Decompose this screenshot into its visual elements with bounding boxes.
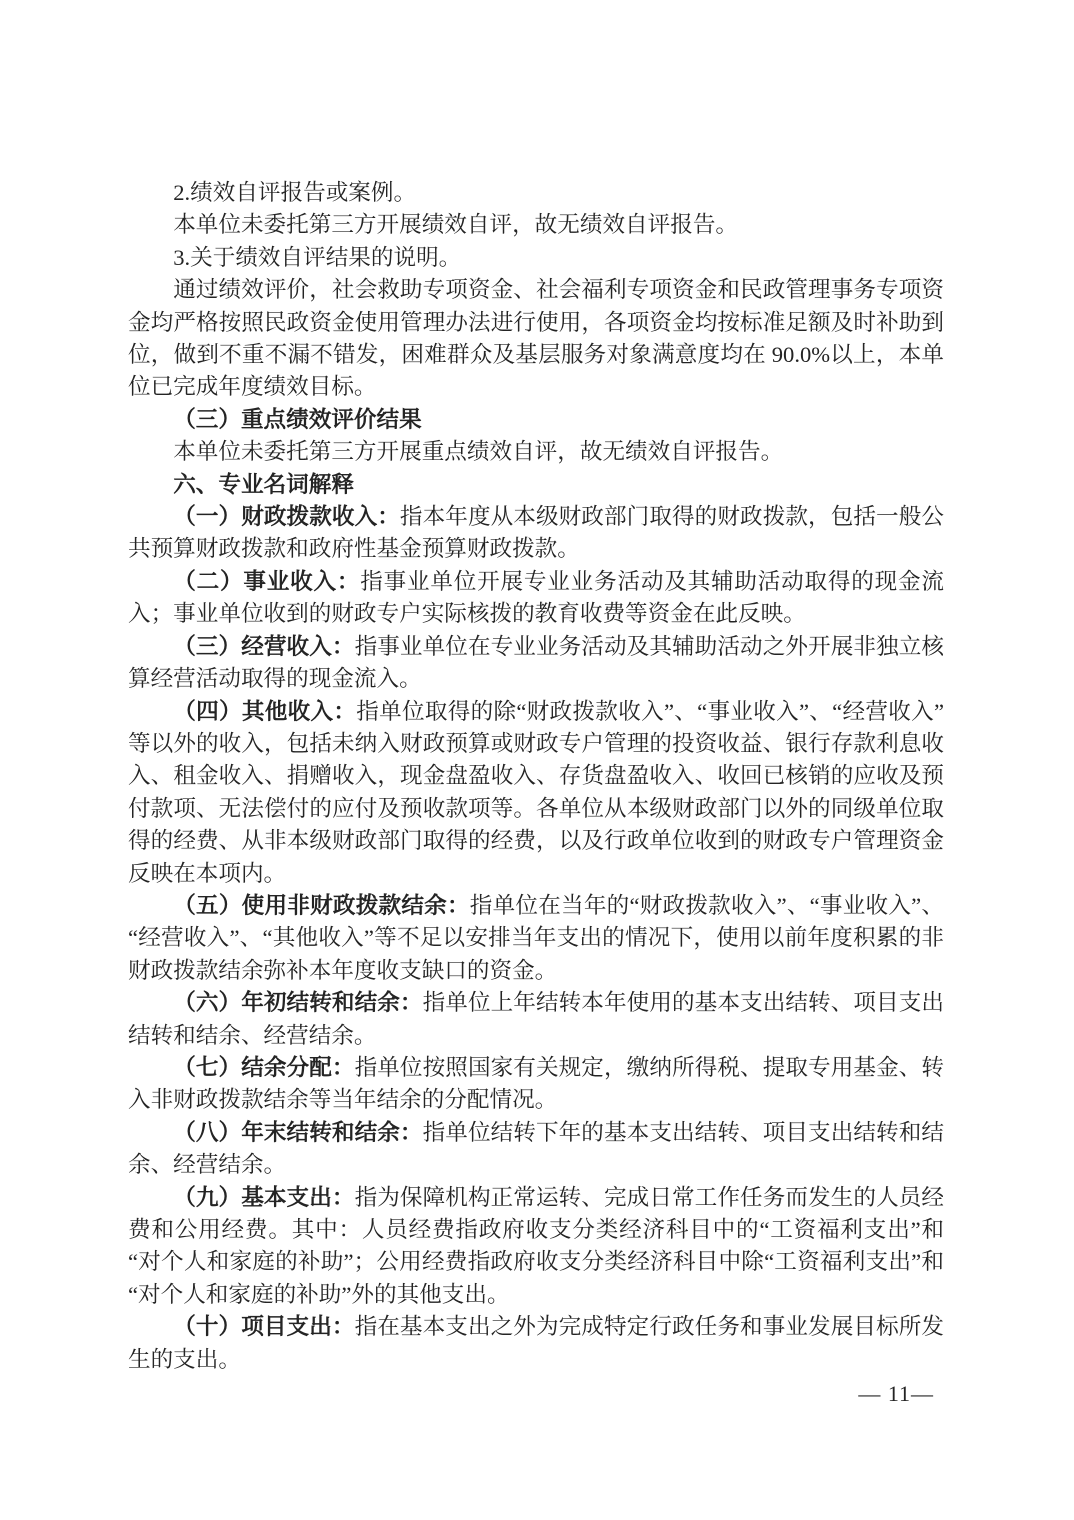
paragraph: （七）结余分配：指单位按照国家有关规定，缴纳所得税、提取专用基金、转入非财政拨款… (128, 1052, 944, 1117)
paragraph-text: 指单位取得的除“财政拨款收入”、“事业收入”、“经营收入”等以外的收入，包括未纳… (128, 699, 944, 886)
paragraph-text: 本单位未委托第三方开展绩效自评，故无绩效自评报告。 (173, 212, 738, 237)
paragraph: （四）其他收入：指单位取得的除“财政拨款收入”、“事业收入”、“经营收入”等以外… (128, 696, 944, 890)
term-label: （九）基本支出： (173, 1185, 354, 1210)
paragraph: （八）年末结转和结余：指单位结转下年的基本支出结转、项目支出结转和结余、经营结余… (128, 1117, 944, 1182)
paragraph-text: （三）重点绩效评价结果 (173, 407, 422, 432)
paragraph: 本单位未委托第三方开展重点绩效自评，故无绩效自评报告。 (128, 436, 944, 468)
paragraph: 本单位未委托第三方开展绩效自评，故无绩效自评报告。 (128, 209, 944, 241)
paragraph-text: 通过绩效评价，社会救助专项资金、社会福利专项资金和民政管理事务专项资金均严格按照… (128, 277, 944, 399)
term-label: （七）结余分配： (173, 1055, 354, 1080)
paragraph: （九）基本支出：指为保障机构正常运转、完成日常工作任务而发生的人员经费和公用经费… (128, 1182, 944, 1312)
term-label: （六）年初结转和结余： (173, 990, 422, 1015)
paragraph-text: 本单位未委托第三方开展重点绩效自评，故无绩效自评报告。 (173, 439, 783, 464)
document-content: 2.绩效自评报告或案例。 本单位未委托第三方开展绩效自评，故无绩效自评报告。 3… (128, 177, 944, 1376)
paragraph: 通过绩效评价，社会救助专项资金、社会福利专项资金和民政管理事务专项资金均严格按照… (128, 274, 944, 404)
paragraph-text: 六、专业名词解释 (173, 472, 354, 497)
paragraph: （二）事业收入：指事业单位开展专业业务活动及其辅助活动取得的现金流入；事业单位收… (128, 566, 944, 631)
term-label: （八）年末结转和结余： (173, 1120, 422, 1145)
page-number: — 11— (858, 1381, 934, 1407)
section-heading: 六、专业名词解释 (128, 469, 944, 501)
paragraph: （三）经营收入：指事业单位在专业业务活动及其辅助活动之外开展非独立核算经营活动取… (128, 631, 944, 696)
term-label: （五）使用非财政拨款结余： (173, 893, 470, 918)
paragraph: 3.关于绩效自评结果的说明。 (128, 242, 944, 274)
section-subheading: （三）重点绩效评价结果 (128, 404, 944, 436)
term-label: （四）其他收入： (173, 699, 356, 724)
term-label: （一）财政拨款收入： (173, 504, 400, 529)
document-page: 2.绩效自评报告或案例。 本单位未委托第三方开展绩效自评，故无绩效自评报告。 3… (0, 0, 1074, 1520)
paragraph: 2.绩效自评报告或案例。 (128, 177, 944, 209)
term-label: （十）项目支出： (173, 1314, 354, 1339)
paragraph: （十）项目支出：指在基本支出之外为完成特定行政任务和事业发展目标所发生的支出。 (128, 1311, 944, 1376)
term-label: （二）事业收入： (173, 569, 360, 594)
paragraph: （六）年初结转和结余：指单位上年结转本年使用的基本支出结转、项目支出结转和结余、… (128, 987, 944, 1052)
paragraph: （一）财政拨款收入：指本年度从本级财政部门取得的财政拨款，包括一般公共预算财政拨… (128, 501, 944, 566)
term-label: （三）经营收入： (173, 634, 354, 659)
paragraph-text: 2.绩效自评报告或案例。 (173, 180, 416, 205)
paragraph-text: 3.关于绩效自评结果的说明。 (173, 245, 461, 270)
paragraph: （五）使用非财政拨款结余：指单位在当年的“财政拨款收入”、“事业收入”、“经营收… (128, 890, 944, 987)
